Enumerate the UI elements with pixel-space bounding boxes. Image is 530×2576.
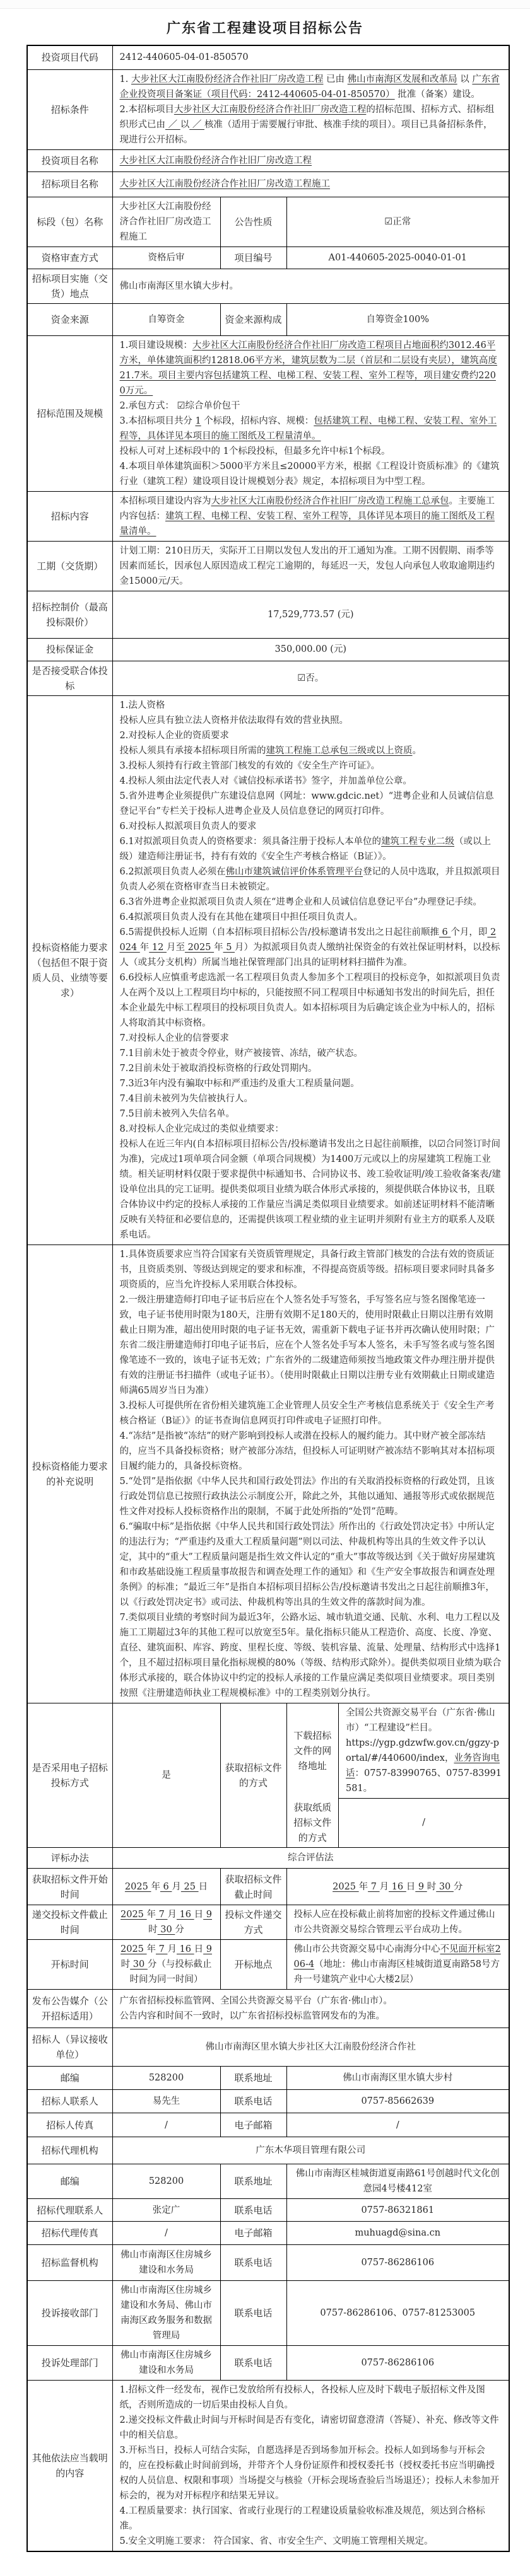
row-complaint-handling: 投诉处理部门 佛山市南海区住房城乡建设和水务局 联系电话 0757-862861…: [27, 2346, 509, 2381]
underlined-text: 6: [160, 1882, 172, 1892]
complaint-handling-label: 投诉处理部门: [27, 2346, 112, 2381]
other-contents-value: 1.招标文件一经发布，视作已发放给所有投标人，各投标人应及时下载电子版招标文件及…: [112, 2381, 509, 2552]
underlined-text: 包括建筑工程、电梯工程、安装工程、室外工程等，具体详见本项目的施工图纸及工程量清…: [120, 416, 497, 441]
row-other-contents: 其他依法应当载明的内容 1.招标文件一经发布，视作已发放给所有投标人，各投标人应…: [27, 2381, 509, 2552]
row-download-address: 下载招标文件的网络地址 全国公共资源交易平台（广东省·佛山市）“工程建设”栏目。…: [287, 1703, 509, 1799]
price-ceiling-value: 17,529,773.57 (元): [112, 591, 509, 638]
row-investment-project-name: 投资项目名称 大步社区大江南股份经济合作社旧厂房改造工程: [27, 149, 509, 171]
fund-composition-value: 自筹资金100%: [286, 303, 509, 335]
opening-place-label: 开标地点: [220, 1940, 286, 1990]
announcement-media-label: 发布公告媒介（公开招标适用）: [27, 1990, 112, 2028]
underlined-text: 12: [149, 943, 167, 953]
document-deadline-label: 获取招标文件截止时间: [220, 1869, 286, 1905]
row-tender-conditions: 招标条件 1. 大步社区大江南股份经济合作社旧厂房改造工程 已由 佛山市南海区发…: [27, 69, 509, 149]
agency-fax-label: 招标代理传真: [27, 2222, 112, 2245]
evaluation-method-value: 综合评估法: [112, 1848, 509, 1869]
project-number-label: 项目编号: [220, 247, 286, 269]
other-contents-label: 其他依法应当载明的内容: [27, 2381, 112, 2552]
complaint-receiving-value: 佛山市南海区住房城乡建设和水务局、佛山市南海区政务服务和数据管理局: [112, 2281, 220, 2346]
row-prequalification: 资格审查方式 资格后审 项目编号 A01-440605-2025-0040-01…: [27, 247, 509, 269]
paragraph: 6.4拟派项目负责人没有在其他在建项目中担任项目负责人。: [120, 910, 502, 925]
agency-fax-value: /: [112, 2222, 220, 2245]
prequalification-value: 资格后审: [112, 247, 220, 269]
underlined-text: 7: [156, 1944, 167, 1954]
page-title: 广东省工程建设项目招标公告: [0, 18, 530, 37]
row-tenderer-zip: 邮编 528200 联系地址 佛山市南海区里水镇大步村: [27, 2067, 509, 2090]
paragraph: 5.省外进粤企业须提供广东建设信息网（网址：www.gdcic.net）“进粤企…: [120, 789, 502, 819]
duration-value: 计划工期：210日历天，实际开工日期以发包人发出的开工通知为准。工期不因假期、雨…: [112, 541, 509, 591]
prequalification-label: 资格审查方式: [27, 247, 112, 269]
agency-email-value: muhuagd@sina.cn: [286, 2222, 509, 2245]
row-supervisor: 招标监督机构 佛山市南海区住房城乡建设和水务局 联系电话 0757-862861…: [27, 2245, 509, 2281]
underlined-text: 大步社区大江南股份经济合作社旧厂房改造工程: [131, 74, 324, 84]
submission-deadline-value: 2025 年 7 月 16 日 9 时 30 分: [112, 1905, 220, 1940]
row-electronic-bidding: 是否采用电子招标投标方式 是 获取招标文件的方式 下载招标文件的网络地址 全国公…: [27, 1703, 509, 1848]
download-address-value: 全国公共资源交易平台（广东省·佛山市）“工程建设”栏目。https://ygp.…: [339, 1703, 509, 1799]
complaint-handling-phone-label: 联系电话: [220, 2346, 286, 2381]
paragraph: 投标人须具有承接本招标项目所需的建筑工程施工总承包三级或以上资质。: [120, 743, 502, 758]
paragraph: 7.2目前未处于被取消投标资格的行政处罚期内。: [120, 1061, 502, 1076]
paragraph: 2025 年 7 月 16 日 9 时 30 分（与投标截止时间为同一时间）: [118, 1942, 215, 1987]
announcement-page: 广东省工程建设项目招标公告 投资项目代码 2412-440605-04-01-8…: [0, 18, 530, 2576]
scope-and-scale-value: 1.项目建设规模：大步社区大江南股份经济合作社旧厂房改造工程项目占地面积约301…: [112, 335, 509, 491]
bid-deposit-label: 投标保证金: [27, 638, 112, 661]
row-price-ceiling: 招标控制价（最高投标限价） 17,529,773.57 (元): [27, 591, 509, 638]
underlined-text: 2025: [121, 1910, 147, 1920]
paragraph: 计划工期：210日历天，实际开工日期以发包人发出的开工通知为准。工期不因假期、雨…: [120, 543, 502, 589]
paragraph: 2025 年 7 月 16 日 9 时 30 分: [118, 1907, 215, 1937]
row-duration: 工期（交货期） 计划工期：210日历天，实际开工日期以发包人发出的开工通知为准。…: [27, 541, 509, 591]
row-tenderer-fax: 招标人传真 / 电子邮箱 /: [27, 2113, 509, 2137]
paragraph: 2.递交投标文件截止时间与开标时间是否有变化，请密切留意澄清（答疑）、补充、修改…: [120, 2413, 502, 2443]
paragraph: 6.对投标人拟派项目负责人的要求: [120, 819, 502, 834]
paragraph: 1.项目建设规模：大步社区大江南股份经济合作社旧厂房改造工程项目占地面积约301…: [120, 338, 502, 398]
paragraph: 3.投标人可提供所在省份相关建筑施工企业管理人员安全生产考核信息系统关于《安全生…: [120, 1398, 502, 1429]
paper-documents-value: /: [339, 1798, 509, 1847]
row-tenderer: 招标人（异议接收单位） 佛山市南海区里水镇大步社区大江南股份经济合作社: [27, 2028, 509, 2067]
row-paper-documents: 获取纸质招标文件的方式 /: [287, 1798, 509, 1847]
underlined-text: 2025: [185, 943, 214, 953]
row-evaluation-method: 评标办法 综合评估法: [27, 1848, 509, 1869]
investment-code-label: 投资项目代码: [27, 45, 112, 69]
row-agency: 招标代理机构 广东木华项目管理有限公司: [27, 2137, 509, 2164]
row-agency-fax: 招标代理传真 / 电子邮箱 muhuagd@sina.cn: [27, 2222, 509, 2245]
paragraph: 投标人可对上述标段中的 1个标段投标，但最多允许中标1个标段。: [120, 444, 502, 459]
paragraph: 6.“骗取中标”是指依据《中华人民共和国行政处罚法》所作出的《行政处罚决定书》中…: [120, 1519, 502, 1610]
fund-source-value: 自筹资金: [112, 303, 220, 335]
paragraph: 2025 年 6 月 25 日: [118, 1879, 215, 1894]
scope-and-scale-label: 招标范围及规模: [27, 335, 112, 491]
underlined-text: 30: [130, 1959, 148, 1970]
row-section-name: 标段（包）名称 大步社区大江南股份经济合作社旧厂房改造工程施工 公告性质 ☑正常: [27, 197, 509, 247]
tenderer-address-value: 佛山市南海区里水镇大步村: [286, 2067, 509, 2090]
tender-project-name-label: 招标项目名称: [27, 171, 112, 197]
implementation-location-label: 招标项目实施（交货）地点: [27, 269, 112, 303]
complaint-receiving-phone-value: 0757-86286106、0757-81253005: [286, 2281, 509, 2346]
complaint-handling-value: 佛山市南海区住房城乡建设和水务局: [112, 2346, 220, 2381]
row-qualification-requirements: 投标资格能力要求（包括但不限于资质人员、业绩等要求） 1.法人资格投标人应具有独…: [27, 695, 509, 1244]
paragraph: 4.工程质量要求：执行国家、省或行业现行的工程建设质量验收标准及规范，须达到合格…: [120, 2503, 502, 2534]
row-document-times: 获取招标文件开始时间 2025 年 6 月 25 日 获取招标文件截止时间 20…: [27, 1869, 509, 1905]
paper-documents-label: 获取纸质招标文件的方式: [287, 1798, 339, 1847]
paragraph: 投标人在近三年内(自本招标项目招标公告/投标邀请书发出之日起往前顺推，以☑合同签…: [120, 1137, 502, 1243]
bottom-whitespace: [0, 2552, 530, 2576]
tenderer-contact-label: 招标人联系人: [27, 2090, 112, 2113]
tenderer-value: 佛山市南海区里水镇大步社区大江南股份经济合作社: [112, 2028, 509, 2067]
opening-place-value: 佛山市公共资源交易中心南海分中心不见面开标室206-4（地址：佛山市南海区桂城街…: [286, 1940, 509, 1990]
agency-contact-value: 张定广: [112, 2199, 220, 2222]
obtain-documents-detail: 下载招标文件的网络地址 全国公共资源交易平台（广东省·佛山市）“工程建设”栏目。…: [286, 1703, 509, 1848]
row-investment-code: 投资项目代码 2412-440605-04-01-850570: [27, 45, 509, 69]
opening-time-label: 开标时间: [27, 1940, 112, 1990]
row-implementation-location: 招标项目实施（交货）地点 佛山市南海区里水镇大步村。: [27, 269, 509, 303]
complaint-receiving-phone-label: 联系电话: [220, 2281, 286, 2346]
tenderer-email-value: /: [286, 2113, 509, 2137]
qualification-requirements-label: 投标资格能力要求（包括但不限于资质人员、业绩等要求）: [27, 695, 112, 1244]
tenderer-address-label: 联系地址: [220, 2067, 286, 2090]
electronic-bidding-label: 是否采用电子招标投标方式: [27, 1703, 112, 1848]
underlined-text: 16: [177, 1944, 194, 1954]
tenderer-label: 招标人（异议接收单位）: [27, 2028, 112, 2067]
underlined-text: 不见面开标室206-4: [294, 1944, 501, 1970]
row-bid-deposit: 投标保证金 350,000.00 (元): [27, 638, 509, 661]
underlined-text: 建筑工程施工总承包三级或以上资质: [266, 746, 413, 756]
row-tender-content: 招标内容 本招标项目建设内容为大步社区大江南股份经济合作社旧厂房改造工程施工总承…: [27, 491, 509, 541]
paragraph: 2.一级注册建造师打印电子证书后应在个人签名处手写签名，手写签名应与签名图像笔迹…: [120, 1292, 502, 1398]
underlined-text: 建筑工程专业二级: [381, 837, 454, 847]
underlined-text: ／: [189, 120, 204, 130]
underlined-text: 9: [203, 1944, 212, 1954]
paragraph: 6.5需提供投标人近期（自本招标项目招标公告/投标邀请书发出之日起往前顺推 6 …: [120, 925, 502, 970]
underlined-text: 30: [158, 1925, 175, 1935]
notice-nature-label: 公告性质: [220, 197, 286, 247]
paragraph: 7.类似项目业绩的考察时间为最近3年，公路水运、城市轨道交通、民航、水利、电力工…: [120, 1610, 502, 1701]
supervisor-phone-label: 联系电话: [220, 2245, 286, 2281]
tenderer-contact-value: 易先生: [112, 2090, 220, 2113]
paragraph: 全国公共资源交易平台（广东省·佛山市）“工程建设”栏目。: [346, 1705, 502, 1736]
paragraph: 6.3省外进粤企业拟派项目负责人须在“进粤企业和人员诚信信息登记平台”办理登记手…: [120, 895, 502, 910]
paragraph: 7.1目前未处于被责令停业，财产被接管、冻结，破产状态。: [120, 1046, 502, 1061]
tenderer-fax-value: /: [112, 2113, 220, 2137]
complaint-receiving-label: 投诉接收部门: [27, 2281, 112, 2346]
row-tender-project-name: 招标项目名称 大步社区大江南股份经济合作社旧厂房改造工程施工: [27, 171, 509, 197]
document-start-label: 获取招标文件开始时间: [27, 1869, 112, 1905]
duration-label: 工期（交货期）: [27, 541, 112, 591]
underlined-text: 9: [415, 1882, 427, 1892]
fund-composition-label: 资金来源构成: [220, 303, 286, 335]
electronic-bidding-value: 是: [112, 1703, 220, 1848]
qualification-supplement-value: 1.具体资质要求应当符合国家有关资质管理规定，具备行政主管部门核发的合法有效的资…: [112, 1244, 509, 1703]
paragraph: https://ygp.gdzwfw.gov.cn/ggzy-portal/#/…: [346, 1736, 502, 1796]
paragraph: 投标人应具有独立法人资格并依法取得有效的营业执照。: [120, 713, 502, 728]
underlined-text: 大步社区大江南股份经济合作社旧厂房改造工程项目占地面积约3012.46平方米，单…: [120, 340, 497, 396]
tender-content-value: 本招标项目建设内容为大步社区大江南股份经济合作社旧厂房改造工程施工总承包。主要施…: [112, 491, 509, 541]
underlined-text: 1: [195, 416, 201, 426]
underlined-text: 大步社区大江南股份经济合作社旧厂房改造工程施工总承包: [211, 496, 449, 506]
paragraph: 2.承包方式： ☑综合单价包干: [120, 398, 502, 414]
submission-deadline-label: 递交投标文件截止时间: [27, 1905, 112, 1940]
paragraph: 4.投标人须由法定代表人对《诚信投标承诺书》签字，并加盖单位公章。: [120, 774, 502, 789]
investment-project-name-value: 大步社区大江南股份经济合作社旧厂房改造工程: [112, 149, 509, 171]
qualification-supplement-label: 投标资格能力要求的补充说明: [27, 1244, 112, 1703]
agency-value: 广东木华项目管理有限公司: [112, 2137, 509, 2164]
supervisor-label: 招标监督机构: [27, 2245, 112, 2281]
row-agency-zip: 邮编 528200 联系地址 佛山市南海区桂城街道夏南路61号创越时代文化创意园…: [27, 2164, 509, 2199]
announcement-media-value: 广东省招标投标监管网、全国公共资源交易平台（广东省·佛山市）。公告内容和时间不一…: [112, 1990, 509, 2028]
paragraph: 4.本项目单体建筑面积＞5000平方米且≤20000平方米，根据《工程设计资质标…: [120, 459, 502, 489]
underlined-text: 2025: [333, 1882, 359, 1892]
document-start-value: 2025 年 6 月 25 日: [112, 1869, 220, 1905]
agency-email-label: 电子邮箱: [220, 2222, 286, 2245]
paragraph: 2.对投标人企业的资质要求: [120, 728, 502, 743]
tenderer-phone-value: 0757-85662639: [286, 2090, 509, 2113]
underlined-text: 佛山市建筑诚信评价体系管理平台: [226, 867, 363, 877]
implementation-location-value: 佛山市南海区里水镇大步村。: [112, 269, 509, 303]
paragraph: 2025 年 7 月 16 日 9 时 30 分: [292, 1879, 504, 1894]
bid-deposit-value: 350,000.00 (元): [112, 638, 509, 661]
document-deadline-value: 2025 年 7 月 16 日 9 时 30 分: [286, 1869, 509, 1905]
download-address-label: 下载招标文件的网络地址: [287, 1703, 339, 1799]
underlined-text: 7: [368, 1882, 379, 1892]
consortium-value: ☑否。: [112, 661, 509, 695]
consortium-label: 是否接受联合体投标: [27, 661, 112, 695]
paragraph: 3.投标人须持有行政主管部门核发的有效的《安全生产许可证》。: [120, 758, 502, 774]
row-consortium: 是否接受联合体投标 ☑否。: [27, 661, 509, 695]
paragraph: 佛山市公共资源交易中心南海分中心不见面开标室206-4（地址：佛山市南海区桂城街…: [294, 1942, 502, 1987]
tender-conditions-value: 1. 大步社区大江南股份经济合作社旧厂房改造工程 已由 佛山市南海区发展和改革局…: [112, 69, 509, 149]
investment-code-value: 2412-440605-04-01-850570: [112, 45, 509, 69]
underlined-text: 大步社区大江南股份经济合作社旧厂房改造工程: [174, 105, 367, 115]
paragraph: 7.4目前未被列为失信被执行人。: [120, 1091, 502, 1106]
paragraph: 6.2拟派项目负责人必须在佛山市建筑诚信评价体系管理平台登记的人员中选取，并且拟…: [120, 864, 502, 895]
agency-zip-label: 邮编: [27, 2164, 112, 2199]
paragraph: 3.开标当日，投标人可结合实际，自愿选择是否到场参加开标会。投标人如到场参与开标…: [120, 2443, 502, 2503]
supervisor-value: 佛山市南海区住房城乡建设和水务局: [112, 2245, 220, 2281]
paragraph: 6.6投标人应慎重考虑选派一名工程项目负责人参加多个工程项目的投标竞争，如拟派项…: [120, 970, 502, 1031]
submission-method-value: 投标人应在投标截止前将加密的投标文件通过佛山市公共资源交易综合管理云平台成功上传…: [286, 1905, 509, 1940]
underlined-text: 佛山市南海区发展和改革局: [348, 74, 457, 84]
notice-nature-value: ☑正常: [286, 197, 509, 247]
paragraph: 1.法人资格: [120, 698, 502, 713]
paragraph: 本招标项目建设内容为大步社区大江南股份经济合作社旧厂房改造工程施工总承包。主要施…: [120, 494, 502, 539]
section-name-label: 标段（包）名称: [27, 197, 112, 247]
row-announcement-media: 发布公告媒介（公开招标适用） 广东省招标投标监管网、全国公共资源交易平台（广东省…: [27, 1990, 509, 2028]
section-name-value: 大步社区大江南股份经济合作社旧厂房改造工程施工: [112, 197, 220, 247]
row-tenderer-contact: 招标人联系人 易先生 联系电话 0757-85662639: [27, 2090, 509, 2113]
agency-phone-label: 联系电话: [220, 2199, 286, 2222]
paragraph: 8.对投标人企业完成过的类似业绩要求：: [120, 1122, 502, 1137]
underlined-text: 2025: [121, 1944, 147, 1954]
underlined-text: 16: [389, 1882, 406, 1892]
tender-conditions-label: 招标条件: [27, 69, 112, 149]
paragraph: 广东省招标投标监管网、全国公共资源交易平台（广东省·佛山市）。: [120, 1993, 502, 2009]
paragraph: 5.“处罚”是指依据《中华人民共和国行政处罚法》作出的有关取消投标资格的行政处罚…: [120, 1474, 502, 1519]
tender-project-name-value: 大步社区大江南股份经济合作社旧厂房改造工程施工: [112, 171, 509, 197]
paragraph: 2.本招标项目大步社区大江南股份经济合作社旧厂房改造工程的招标范围、招标方式、招…: [120, 102, 502, 148]
underlined-text: ／: [165, 120, 180, 130]
underlined-text: 30: [436, 1882, 454, 1892]
underlined-text: 5: [223, 943, 235, 953]
obtain-documents-inner-table: 下载招标文件的网络地址 全国公共资源交易平台（广东省·佛山市）“工程建设”栏目。…: [287, 1703, 509, 1848]
tenderer-email-label: 电子邮箱: [220, 2113, 286, 2137]
paragraph: 7.5目前未被列入失信名单。: [120, 1106, 502, 1122]
row-submission: 递交投标文件截止时间 2025 年 7 月 16 日 9 时 30 分 投标文件…: [27, 1905, 509, 1940]
row-scope-and-scale: 招标范围及规模 1.项目建设规模：大步社区大江南股份经济合作社旧厂房改造工程项目…: [27, 335, 509, 491]
obtain-documents-label: 获取招标文件的方式: [220, 1703, 286, 1848]
agency-label: 招标代理机构: [27, 2137, 112, 2164]
qualification-requirements-value: 1.法人资格投标人应具有独立法人资格并依法取得有效的营业执照。2.对投标人企业的…: [112, 695, 509, 1244]
paragraph: 1.具体资质要求应当符合国家有关资质管理规定，具备行政主管部门核发的合法有效的资…: [120, 1247, 502, 1292]
underlined-text: 7: [156, 1910, 167, 1920]
paragraph: 公告内容和时间不一致时，以广东省招标投标监管网发布的为准。: [120, 2009, 502, 2024]
tenderer-fax-label: 招标人传真: [27, 2113, 112, 2137]
page-top-divider: [0, 0, 530, 9]
complaint-handling-phone-value: 0757-86286106: [286, 2346, 509, 2381]
supervisor-phone-value: 0757-86286106: [286, 2245, 509, 2281]
paragraph: 1.招标文件一经发布，视作已发放给所有投标人，各投标人应及时下载电子版招标文件及…: [120, 2382, 502, 2413]
tenderer-zip-value: 528200: [112, 2067, 220, 2090]
fund-source-label: 资金来源: [27, 303, 112, 335]
underlined-text: 业务咨询电话: [346, 1753, 500, 1778]
underlined-text: 9: [203, 1910, 212, 1920]
underlined-text: 大步社区大江南股份经济合作社旧厂房改造工程施工: [120, 179, 331, 189]
row-complaint-receiving: 投诉接收部门 佛山市南海区住房城乡建设和水务局、佛山市南海区政务服务和数据管理局…: [27, 2281, 509, 2346]
investment-project-name-label: 投资项目名称: [27, 149, 112, 171]
paragraph: 3.本招标项目共分 1 个标段，招标内容、规模：包括建筑工程、电梯工程、安装工程…: [120, 414, 502, 444]
price-ceiling-label: 招标控制价（最高投标限价）: [27, 591, 112, 638]
tenderer-phone-label: 联系电话: [220, 2090, 286, 2113]
underlined-text: 建筑工程、电梯工程、安装工程、室外工程等，具体详见本项目的施工图纸及工程量清单。: [120, 511, 495, 537]
opening-time-value: 2025 年 7 月 16 日 9 时 30 分（与投标截止时间为同一时间）: [112, 1940, 220, 1990]
paragraph: 投标人应在投标截止前将加密的投标文件通过佛山市公共资源交易综合管理云平台成功上传…: [294, 1907, 502, 1937]
agency-zip-value: 528200: [112, 2164, 220, 2199]
paragraph: 7.3近3年内没有骗取中标和严重违约及重大工程质量问题。: [120, 1076, 502, 1091]
underlined-text: 16: [177, 1910, 194, 1920]
paragraph: 1. 大步社区大江南股份经济合作社旧厂房改造工程 已由 佛山市南海区发展和改革局…: [120, 72, 502, 102]
paragraph: 5.安全文明施工要求： 符合国家、省、市安全生产、文明施工管理相关规定。: [120, 2534, 502, 2549]
row-agency-contact: 招标代理联系人 张定广 联系电话 0757-86321861: [27, 2199, 509, 2222]
row-bid-opening: 开标时间 2025 年 7 月 16 日 9 时 30 分（与投标截止时间为同一…: [27, 1940, 509, 1990]
row-qualification-supplement: 投标资格能力要求的补充说明 1.具体资质要求应当符合国家有关资质管理规定，具备行…: [27, 1244, 509, 1703]
project-number-value: A01-440605-2025-0040-01-01: [286, 247, 509, 269]
agency-phone-value: 0757-86321861: [286, 2199, 509, 2222]
underlined-text: 6: [439, 927, 450, 937]
agency-contact-label: 招标代理联系人: [27, 2199, 112, 2222]
submission-method-label: 投标文件递交方式: [220, 1905, 286, 1940]
underlined-text: 25: [181, 1882, 199, 1892]
tender-content-label: 招标内容: [27, 491, 112, 541]
underlined-text: 2025: [125, 1882, 151, 1892]
tenderer-zip-label: 邮编: [27, 2067, 112, 2090]
evaluation-method-label: 评标办法: [27, 1848, 112, 1869]
paragraph: 4.“冻结”是指被“冻结”的财产影响到投标人或潜在投标人的履约能力。其中财产被全…: [120, 1429, 502, 1474]
paragraph: 6.1对拟派项目负责人的资格要求：须具备注册于投标人本单位的建筑工程专业二级（或…: [120, 834, 502, 864]
agency-address-value: 佛山市南海区桂城街道夏南路61号创越时代文化创意园4号楼412室: [286, 2164, 509, 2199]
announcement-table: 投资项目代码 2412-440605-04-01-850570 招标条件 1. …: [26, 45, 510, 2552]
paragraph: 7.对投标人企业的信誉要求: [120, 1031, 502, 1046]
row-fund-source: 资金来源 自筹资金 资金来源构成 自筹资金100%: [27, 303, 509, 335]
agency-address-label: 联系地址: [220, 2164, 286, 2199]
underlined-text: 大步社区大江南股份经济合作社旧厂房改造工程: [120, 156, 312, 166]
